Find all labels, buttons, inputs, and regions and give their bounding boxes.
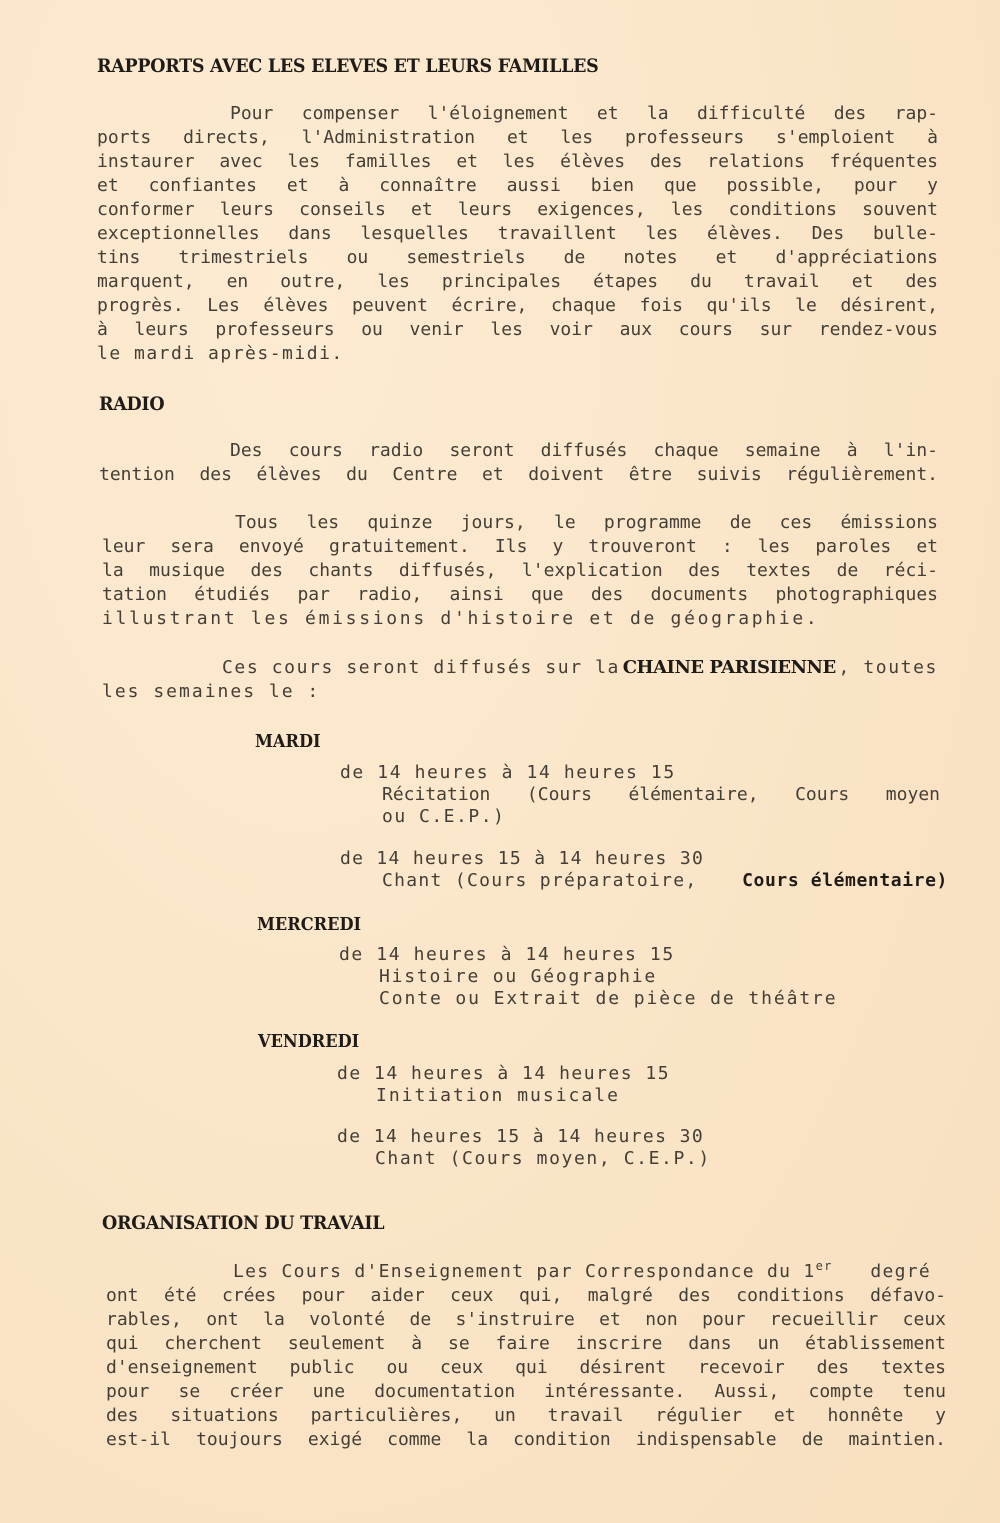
schedule-content: Initiation musicale <box>376 1085 620 1106</box>
text-line: Tous les quinze jours, le programme de c… <box>235 512 938 533</box>
text-line: qui cherchent seulement à se faire inscr… <box>106 1333 946 1354</box>
text-line: Ces cours seront diffusés sur la CHAINE … <box>222 657 938 678</box>
text-line: les semaines le : <box>102 681 320 702</box>
text-line: progrès. Les élèves peuvent écrire, chaq… <box>97 295 938 316</box>
schedule-time: de 14 heures à 14 heures 15 <box>337 1063 670 1084</box>
text-line: conformer leurs conseils et leurs exigen… <box>97 199 938 220</box>
schedule-content: Chant (Cours moyen, C.E.P.) <box>375 1148 711 1169</box>
superscript: er <box>816 1259 833 1273</box>
text-line: ports directs, l'Administration et les p… <box>97 127 938 148</box>
text-line: des situations particulières, un travail… <box>106 1405 946 1426</box>
text-line: marquent, en outre, les principales étap… <box>97 271 938 292</box>
text-line: illustrant les émissions d'histoire et d… <box>102 608 819 629</box>
channel-name: CHAINE PARISIENNE <box>623 657 836 678</box>
text-fragment: Chant (Cours préparatoire, <box>382 870 698 891</box>
schedule-time: de 14 heures 15 à 14 heures 30 <box>337 1126 704 1147</box>
schedule-time: de 14 heures à 14 heures 15 <box>339 944 675 965</box>
text-line: exceptionnelles dans lesquelles travaill… <box>97 223 938 244</box>
text-line: d'enseignement public ou ceux qui désire… <box>106 1357 946 1378</box>
text-fragment: Les Cours d'Enseignement par Corresponda… <box>233 1261 833 1282</box>
day-vendredi: VENDREDI <box>258 1031 359 1052</box>
text-line: tins trimestriels ou semestriels de note… <box>97 247 938 268</box>
text-line: Pour compenser l'éloignement et la diffi… <box>230 103 938 124</box>
heading-organisation: ORGANISATION DU TRAVAIL <box>102 1212 384 1234</box>
text-line: Les Cours d'Enseignement par Corresponda… <box>233 1261 931 1282</box>
heading-rapports: RAPPORTS AVEC LES ELEVES ET LEURS FAMILL… <box>97 55 599 77</box>
day-mercredi: MERCREDI <box>257 914 361 935</box>
text-fragment: Ces cours seront diffusés sur la <box>222 657 620 678</box>
heading-radio: RADIO <box>99 393 164 415</box>
text-fragment: degré <box>870 1261 931 1282</box>
schedule-time: de 14 heures à 14 heures 15 <box>340 762 676 783</box>
text-line: rables, ont la volonté de s'instruire et… <box>106 1309 946 1330</box>
text-fragment: , toutes <box>838 657 938 678</box>
schedule-content: Récitation (Cours élémentaire, Cours moy… <box>382 784 940 805</box>
schedule-content: Conte ou Extrait de pièce de théâtre <box>379 988 838 1009</box>
text-line: ont été crées pour aider ceux qui, malgr… <box>106 1285 946 1306</box>
document-page: RAPPORTS AVEC LES ELEVES ET LEURS FAMILL… <box>0 0 1000 1523</box>
text-line: instaurer avec les familles et les élève… <box>97 151 938 172</box>
text-line: tation étudiés par radio, ainsi que des … <box>102 584 938 605</box>
text-line: leur sera envoyé gratuitement. Ils y tro… <box>102 536 938 557</box>
text-fragment-bold: Cours élémentaire) <box>742 870 948 891</box>
text-line: Des cours radio seront diffusés chaque s… <box>230 440 938 461</box>
text-line: à leurs professeurs ou venir les voir au… <box>97 319 938 340</box>
schedule-content: ou C.E.P.) <box>382 806 505 827</box>
schedule-content: Histoire ou Géographie <box>379 966 657 987</box>
text-line: et confiantes et à connaître aussi bien … <box>97 175 938 196</box>
text-line: le mardi après-midi. <box>97 343 344 364</box>
schedule-content: Chant (Cours préparatoire, Cours élément… <box>382 870 948 891</box>
text-line: est-il toujours exigé comme la condition… <box>106 1429 946 1450</box>
text-line: la musique des chants diffusés, l'explic… <box>102 560 938 581</box>
day-mardi: MARDI <box>255 731 321 752</box>
text-line: tention des élèves du Centre et doivent … <box>99 464 938 485</box>
text-line: pour se créer une documentation intéress… <box>106 1381 946 1402</box>
schedule-time: de 14 heures 15 à 14 heures 30 <box>340 848 704 869</box>
